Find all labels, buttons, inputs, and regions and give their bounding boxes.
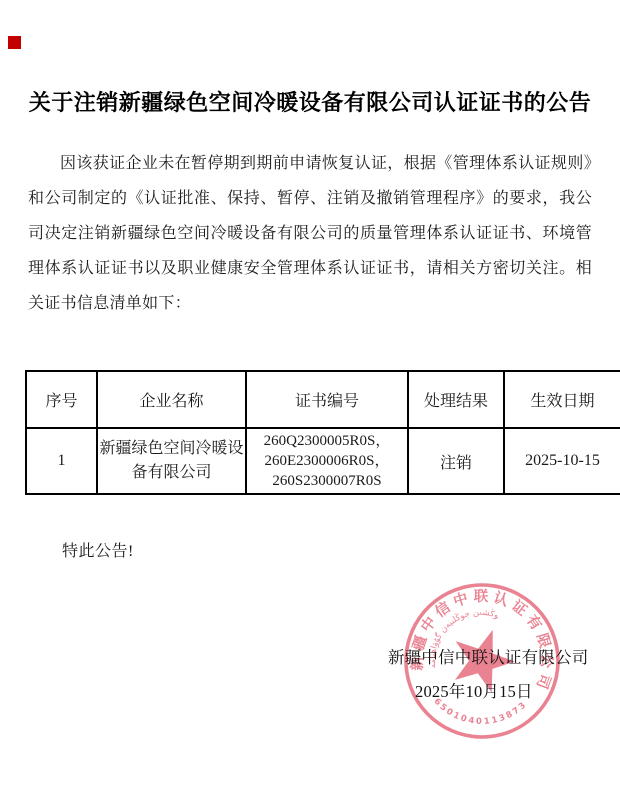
cell-cert-numbers: 260Q2300005R0S， 260E2300006R0S， 260S2300… bbox=[246, 428, 408, 494]
cert-number-line: 260E2300006R0S， bbox=[248, 451, 406, 471]
closing-statement: 特此公告! bbox=[62, 538, 134, 561]
document-title: 关于注销新疆绿色空间冷暖设备有限公司认证证书的公告 bbox=[0, 86, 620, 117]
cell-effective-date: 2025-10-15 bbox=[504, 428, 620, 494]
cert-number-line: 260Q2300005R0S， bbox=[248, 431, 406, 451]
signature-company: 新疆中信中联认证有限公司 bbox=[388, 644, 588, 668]
table-row: 1 新疆绿色空间冷暖设备有限公司 260Q2300005R0S， 260E230… bbox=[26, 428, 620, 494]
announcement-document: 关于注销新疆绿色空间冷暖设备有限公司认证证书的公告 因该获证企业未在暂停期到期前… bbox=[0, 0, 620, 798]
header-effective-date: 生效日期 bbox=[504, 371, 620, 428]
red-corner-mark bbox=[8, 36, 21, 49]
cell-index: 1 bbox=[26, 428, 97, 494]
certificate-table: 序号 企业名称 证书编号 处理结果 生效日期 1 新疆绿色空间冷暖设备有限公司 … bbox=[25, 370, 620, 495]
signature-date: 2025年10月15日 bbox=[415, 678, 533, 702]
cert-number-line: 260S2300007R0S bbox=[248, 471, 406, 491]
header-company: 企业名称 bbox=[97, 371, 246, 428]
header-cert-number: 证书编号 bbox=[246, 371, 408, 428]
header-index: 序号 bbox=[26, 371, 97, 428]
cell-result: 注销 bbox=[408, 428, 504, 494]
header-result: 处理结果 bbox=[408, 371, 504, 428]
table-header-row: 序号 企业名称 证书编号 处理结果 生效日期 bbox=[26, 371, 620, 428]
document-body: 因该获证企业未在暂停期到期前申请恢复认证，根据《管理体系认证规则》和公司制定的《… bbox=[28, 146, 592, 321]
body-paragraph: 因该获证企业未在暂停期到期前申请恢复认证，根据《管理体系认证规则》和公司制定的《… bbox=[28, 146, 592, 321]
cell-company: 新疆绿色空间冷暖设备有限公司 bbox=[97, 428, 246, 494]
table-header: 序号 企业名称 证书编号 处理结果 生效日期 bbox=[26, 371, 620, 428]
